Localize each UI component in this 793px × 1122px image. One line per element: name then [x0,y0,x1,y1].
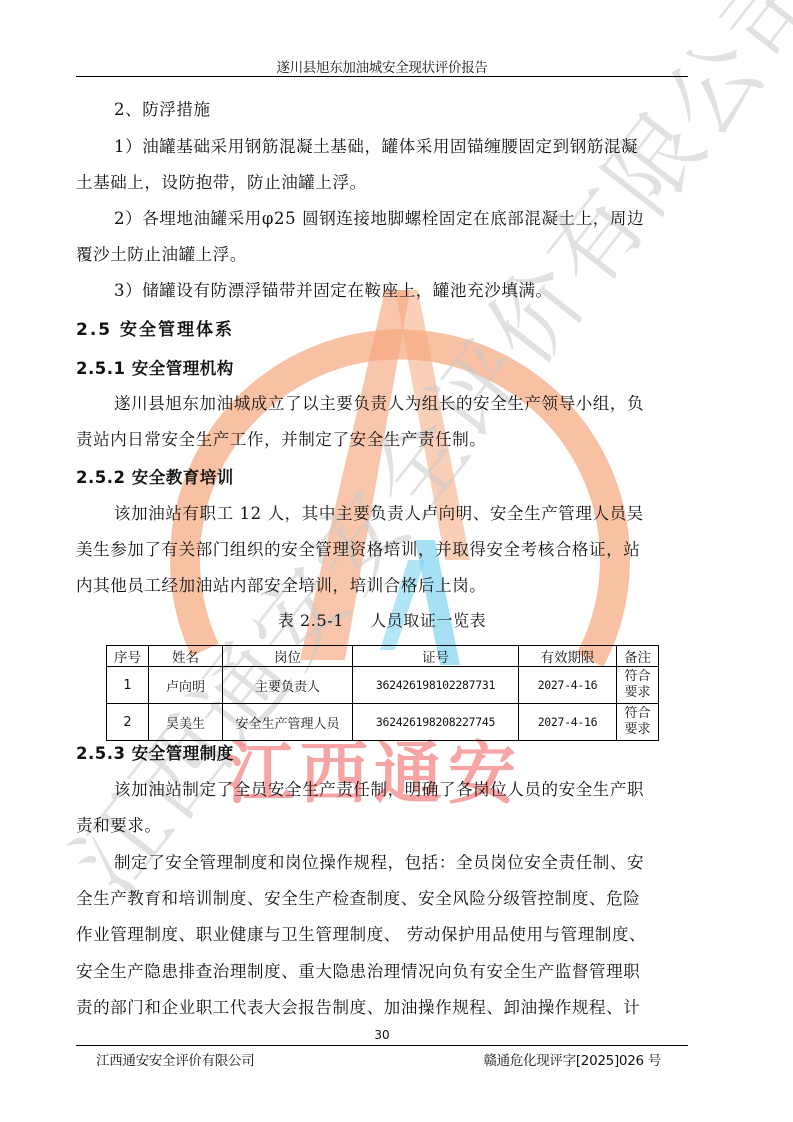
anti-float-item-1-line-2: 土基础上，设防抱带，防止油罐上浮。 [76,169,688,193]
anti-float-item-1-line-1: 1）油罐基础采用钢筋混凝土基础，罐体采用固锚缠腰固定到钢筋混凝 [76,133,688,157]
footer-divider [76,1045,688,1046]
paragraph-2-5-3-line-1: 该加油站制定了全员安全生产责任制，明确了各岗位人员的安全生产职 [76,776,688,800]
cell-position: 主要负责人 [223,667,353,704]
table-caption-number: 表 2.5-1 [278,611,344,630]
header-divider [76,76,688,77]
cell-position: 安全生产管理人员 [223,704,353,741]
paragraph-2-5-3-line-7: 责的部门和企业职工代表大会报告制度、加油操作规程、卸油操作规程、计 [76,994,688,1018]
anti-float-item-2-line-2: 覆沙土防止油罐上浮。 [76,241,688,265]
paragraph-2-5-3-line-4: 全生产教育和培训制度、安全生产检查制度、安全风险分级管控制度、危险 [76,885,688,909]
cell-cert-no: 362426198208227745 [353,704,519,741]
document-page: 江西通安安全评价有限公司 江西通安 遂川县旭东加油城安全现状评价报告 2、防浮措… [0,0,793,1122]
column-header-cert-no: 证号 [353,646,519,667]
remark-line-1: 符合 [624,669,650,684]
page-number: 30 [76,1028,688,1042]
column-header-position: 岗位 [223,646,353,667]
footer-company: 江西通安安全评价有限公司 [96,1049,254,1069]
section-heading-2-5-3: 2.5.3 安全管理制度 [76,740,234,764]
cell-remark: 符合要求 [617,704,659,741]
section-heading-2-5: 2.5 安全管理体系 [76,315,234,340]
cell-name: 吴美生 [149,704,223,741]
cell-no: 1 [107,667,149,704]
table-header-row: 序号 姓名 岗位 证号 有效期限 备注 [107,646,659,667]
cell-name: 卢向明 [149,667,223,704]
paragraph-2-5-1-line-2: 责站内日常安全生产工作，并制定了安全生产责任制。 [76,426,688,450]
column-header-no: 序号 [107,646,149,667]
paragraph-2-5-2-line-3: 内其他员工经加油站内部安全培训，培训合格后上岗。 [76,572,688,596]
remark-line-1: 符合 [624,706,650,721]
paragraph-2-5-1-line-1: 遂川县旭东加油城成立了以主要负责人为组长的安全生产领导小组，负 [76,390,688,414]
certificate-table: 序号 姓名 岗位 证号 有效期限 备注 1 卢向明 主要负责人 36242619… [106,645,659,741]
paragraph-2-5-3-line-3: 制定了安全管理制度和岗位操作规程，包括：全员岗位安全责任制、安 [76,849,688,873]
cell-valid-until: 2027-4-16 [519,704,617,741]
table-caption: 表 2.5-1人员取证一览表 [76,608,688,631]
footer-doc-number: 赣通危化现评字[2025]026 号 [483,1049,661,1069]
column-header-name: 姓名 [149,646,223,667]
paragraph-2-5-2-line-1: 该加油站有职工 12 人，其中主要负责人卢向明、安全生产管理人员吴 [76,500,688,524]
table-row: 2 吴美生 安全生产管理人员 362426198208227745 2027-4… [107,704,659,741]
cell-no: 2 [107,704,149,741]
paragraph-2-5-3-line-5: 作业管理制度、职业健康与卫生管理制度、 劳动保护用品使用与管理制度、 [76,921,688,945]
section-heading-2-5-1: 2.5.1 安全管理机构 [76,355,234,379]
anti-float-item-3: 3）储罐设有防漂浮锚带并固定在鞍座上，罐池充沙填满。 [76,277,688,301]
page-content: 遂川县旭东加油城安全现状评价报告 2、防浮措施 1）油罐基础采用钢筋混凝土基础，… [0,0,793,1122]
table-caption-title: 人员取证一览表 [370,611,486,630]
cell-cert-no: 362426198102287731 [353,667,519,704]
section-heading-2-5-2: 2.5.2 安全教育培训 [76,464,234,488]
paragraph-2-5-2-line-2: 美生参加了有关部门组织的安全管理资格培训，并取得安全考核合格证，站 [76,536,688,560]
column-header-valid-until: 有效期限 [519,646,617,667]
anti-float-item-2-line-1: 2）各埋地油罐采用φ25 圆钢连接地脚螺栓固定在底部混凝土上，周边 [76,205,688,229]
paragraph-2-5-3-line-6: 安全生产隐患排查治理制度、重大隐患治理情况向负有安全生产监督管理职 [76,958,688,982]
anti-float-heading: 2、防浮措施 [76,96,688,120]
remark-line-2: 要求 [624,722,650,737]
cell-valid-until: 2027-4-16 [519,667,617,704]
table-row: 1 卢向明 主要负责人 362426198102287731 2027-4-16… [107,667,659,704]
cell-remark: 符合要求 [617,667,659,704]
paragraph-2-5-3-line-2: 责和要求。 [76,812,688,836]
column-header-remark: 备注 [617,646,659,667]
running-header-title: 遂川县旭东加油城安全现状评价报告 [76,56,688,76]
remark-line-2: 要求 [624,685,650,700]
